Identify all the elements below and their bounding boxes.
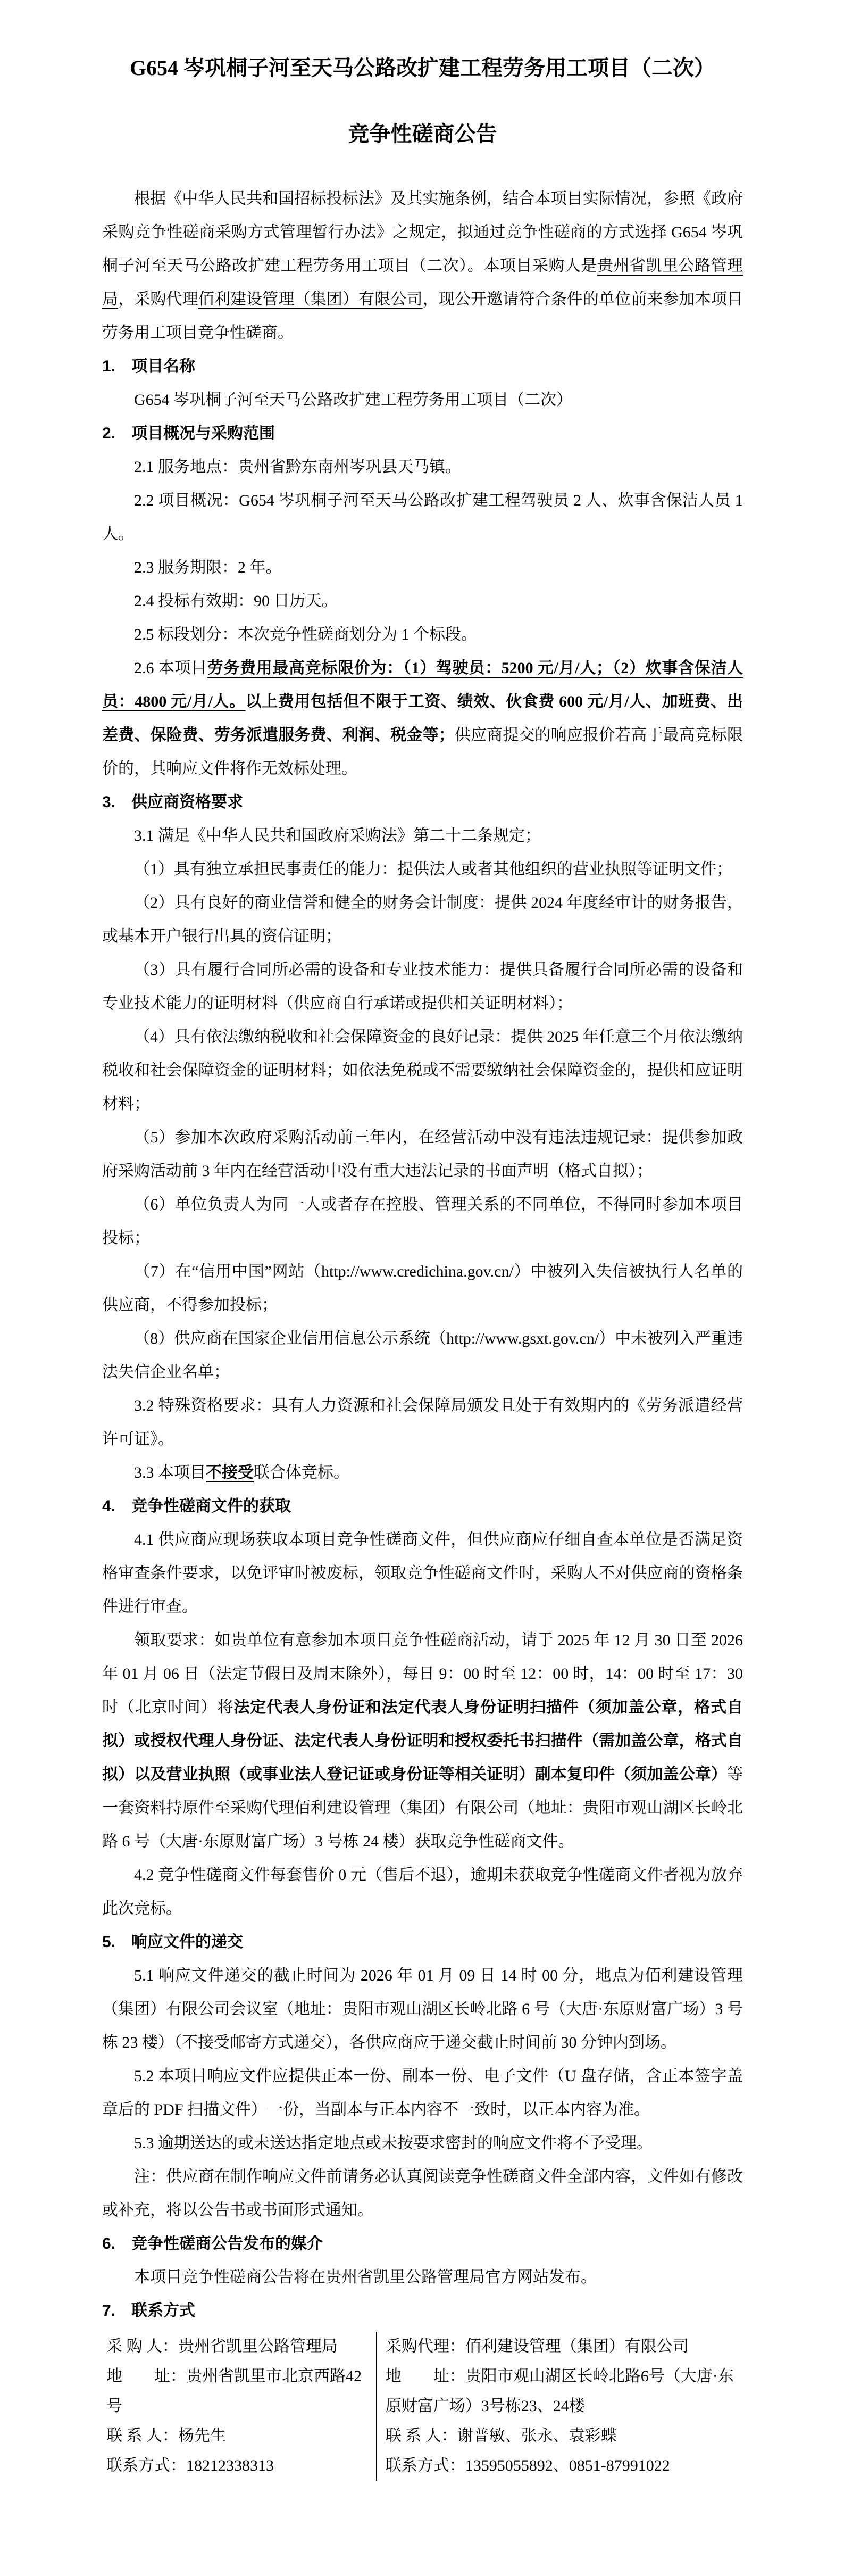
text-run: （6）单位负责人为同一人或者存在控股、管理关系的不同单位，不得同时参加本项目投标…: [102, 1196, 743, 1247]
section-heading: 1. 项目名称: [102, 350, 743, 383]
purchaser-name-cell: 采 购 人：贵州省凯里公路管理局: [102, 2332, 377, 2362]
paragraph: （4）具有依法缴纳税收和社会保障资金的良好记录：提供 2025 年任意三个月依法…: [102, 1020, 743, 1121]
text-run: 佰利建设管理（集团）有限公司: [198, 291, 423, 308]
purchaser-name-value: 贵州省凯里公路管理局: [178, 2338, 338, 2355]
text-run: 不接受: [206, 1464, 254, 1481]
text-run: 2.6 本项目: [134, 659, 207, 677]
text-run: 4.1 供应商应现场获取本项目竞争性磋商文件，但供应商应仔细自查本单位是否满足资…: [102, 1531, 743, 1616]
text-run: （8）供应商在国家企业信用信息公示系统（http://www.gsxt.gov.…: [102, 1330, 743, 1381]
text-run: 3.2 特殊资格要求：具有人力资源和社会保障局颁发且处于有效期内的《劳务派遣经营…: [102, 1397, 743, 1448]
text-run: 2.1 服务地点：贵州省黔东南州岑巩县天马镇。: [134, 458, 461, 476]
paragraph: 5.1 响应文件递交的截止时间为 2026 年 01 月 09 日 14 时 0…: [102, 1959, 743, 2059]
paragraph: 5.3 逾期送达的或未送达指定地点或未按要求密封的响应文件将不予受理。: [102, 2126, 743, 2160]
text-run: 3.3 本项目: [134, 1464, 206, 1481]
table-row: 联系方式：18212338313 联系方式：13595055892、0851-8…: [102, 2451, 743, 2481]
paragraph: 根据《中华人民共和国招标投标法》及其实施条例，结合本项目实际情况，参照《政府采购…: [102, 182, 743, 350]
text-run: 2.4 投标有效期：90 日历天。: [134, 592, 338, 610]
agent-address-label: 地 址：: [386, 2367, 465, 2385]
text-run: （1）具有独立承担民事责任的能力：提供法人或者其他组织的营业执照等证明文件；: [134, 860, 732, 878]
paragraph: 2.6 本项目劳务费用最高竞标限价为：（1）驾驶员：5200 元/月/人；（2）…: [102, 651, 743, 785]
text-run: （2）具有良好的商业信誉和健全的财务会计制度：提供 2024 年度经审计的财务报…: [102, 894, 743, 945]
table-row: 采 购 人：贵州省凯里公路管理局 采购代理：佰利建设管理（集团）有限公司: [102, 2332, 743, 2362]
table-row: 联 系 人：杨先生 联 系 人：谢普敏、张永、袁彩蝶: [102, 2421, 743, 2451]
text-run: ，采购代理: [118, 291, 198, 308]
paragraph: 5.2 本项目响应文件应提供正本一份、副本一份、电子文件（U 盘存储，含正本签字…: [102, 2059, 743, 2126]
purchaser-phone-cell: 联系方式：18212338313: [102, 2451, 377, 2481]
agent-phone-cell: 联系方式：13595055892、0851-87991022: [377, 2451, 743, 2481]
section-heading: 6. 竞争性磋商公告发布的媒介: [102, 2227, 743, 2260]
paragraph: （6）单位负责人为同一人或者存在控股、管理关系的不同单位，不得同时参加本项目投标…: [102, 1188, 743, 1255]
text-run: 5.1 响应文件递交的截止时间为 2026 年 01 月 09 日 14 时 0…: [102, 1967, 743, 2051]
text-run: 联合体竞标。: [254, 1464, 349, 1481]
text-run: 5. 响应文件的递交: [102, 1933, 243, 1951]
paragraph: G654 岑巩桐子河至天马公路改扩建工程劳务用工项目（二次）: [102, 383, 743, 417]
section-heading: 5. 响应文件的递交: [102, 1925, 743, 1959]
agent-phone-label: 联系方式：: [386, 2457, 465, 2474]
paragraph: （3）具有履行合同所必需的设备和专业技术能力：提供具备履行合同所必需的设备和专业…: [102, 953, 743, 1020]
paragraph: 3.3 本项目不接受联合体竞标。: [102, 1456, 743, 1489]
document-subtitle: 竞争性磋商公告: [102, 117, 743, 151]
purchaser-name-label: 采 购 人：: [106, 2338, 178, 2355]
agent-name-label: 采购代理：: [386, 2338, 465, 2355]
paragraph: 2.1 服务地点：贵州省黔东南州岑巩县天马镇。: [102, 450, 743, 484]
contact-table: 采 购 人：贵州省凯里公路管理局 采购代理：佰利建设管理（集团）有限公司 地 址…: [102, 2332, 743, 2481]
paragraph: （7）在“信用中国”网站（http://www.credichina.gov.c…: [102, 1255, 743, 1322]
paragraph: 3.2 特殊资格要求：具有人力资源和社会保障局颁发且处于有效期内的《劳务派遣经营…: [102, 1389, 743, 1456]
purchaser-contact-person-label: 联 系 人：: [106, 2427, 178, 2445]
document-body: 根据《中华人民共和国招标投标法》及其实施条例，结合本项目实际情况，参照《政府采购…: [102, 182, 743, 2327]
text-run: G654 岑巩桐子河至天马公路改扩建工程劳务用工项目（二次）: [134, 391, 572, 409]
paragraph: 2.3 服务期限：2 年。: [102, 551, 743, 584]
text-run: （4）具有依法缴纳税收和社会保障资金的良好记录：提供 2025 年任意三个月依法…: [102, 1028, 743, 1113]
text-run: 本项目竞争性磋商公告将在贵州省凯里公路管理局官方网站发布。: [134, 2268, 597, 2286]
text-run: 2.3 服务期限：2 年。: [134, 559, 282, 576]
paragraph: （1）具有独立承担民事责任的能力：提供法人或者其他组织的营业执照等证明文件；: [102, 852, 743, 886]
agent-contact-person-cell: 联 系 人：谢普敏、张永、袁彩蝶: [377, 2421, 743, 2451]
document-title: G654 岑巩桐子河至天马公路改扩建工程劳务用工项目（二次）: [102, 51, 743, 85]
purchaser-phone-label: 联系方式：: [106, 2457, 186, 2474]
text-run: （7）在“信用中国”网站（http://www.credichina.gov.c…: [102, 1263, 743, 1314]
text-run: 4.2 竞争性磋商文件每套售价 0 元（售后不退），逾期未获取竞争性磋商文件者视…: [102, 1866, 743, 1917]
text-run: 2. 项目概况与采购范围: [102, 425, 275, 442]
agent-contact-person-label: 联 系 人：: [386, 2427, 457, 2445]
text-run: 3. 供应商资格要求: [102, 793, 243, 811]
paragraph: 2.5 标段划分：本次竞争性磋商划分为 1 个标段。: [102, 618, 743, 651]
section-heading: 3. 供应商资格要求: [102, 785, 743, 819]
paragraph: （5）参加本次政府采购活动前三年内，在经营活动中没有违法违规记录：提供参加政府采…: [102, 1121, 743, 1188]
paragraph: 4.1 供应商应现场获取本项目竞争性磋商文件，但供应商应仔细自查本单位是否满足资…: [102, 1523, 743, 1624]
announcement-page: G654 岑巩桐子河至天马公路改扩建工程劳务用工项目（二次） 竞争性磋商公告 根…: [0, 0, 844, 2576]
purchaser-contact-person-value: 杨先生: [178, 2427, 226, 2445]
document-viewer: { "page": { "background_color": "#ffffff…: [0, 0, 844, 2576]
paragraph: 领取要求：如贵单位有意参加本项目竞争性磋商活动，请于 2025 年 12 月 3…: [102, 1624, 743, 1858]
text-run: 5.2 本项目响应文件应提供正本一份、副本一份、电子文件（U 盘存储，含正本签字…: [102, 2067, 743, 2118]
agent-name-cell: 采购代理：佰利建设管理（集团）有限公司: [377, 2332, 743, 2362]
agent-contact-person-value: 谢普敏、张永、袁彩蝶: [457, 2427, 617, 2445]
agent-name-value: 佰利建设管理（集团）有限公司: [465, 2338, 689, 2355]
contact-table-body: 采 购 人：贵州省凯里公路管理局 采购代理：佰利建设管理（集团）有限公司 地 址…: [102, 2332, 743, 2481]
text-run: 7. 联系方式: [102, 2302, 195, 2320]
text-run: 3.1 满足《中华人民共和国政府采购法》第二十二条规定；: [134, 827, 541, 844]
text-run: 2.2 项目概况：G654 岑巩桐子河至天马公路改扩建工程驾驶员 2 人、炊事含…: [102, 492, 747, 543]
text-run: （3）具有履行合同所必需的设备和专业技术能力：提供具备履行合同所必需的设备和专业…: [102, 961, 743, 1012]
purchaser-address-cell: 地 址：贵州省凯里市北京西路42号: [102, 2362, 377, 2421]
purchaser-address-label: 地 址：: [106, 2367, 186, 2385]
section-heading: 2. 项目概况与采购范围: [102, 417, 743, 450]
table-row: 地 址：贵州省凯里市北京西路42号 地 址：贵阳市观山湖区长岭北路6号（大唐·东…: [102, 2362, 743, 2421]
paragraph: 本项目竞争性磋商公告将在贵州省凯里公路管理局官方网站发布。: [102, 2260, 743, 2294]
text-run: 4. 竞争性磋商文件的获取: [102, 1497, 291, 1515]
text-run: 5.3 逾期送达的或未送达指定地点或未按要求密封的响应文件将不予受理。: [134, 2134, 653, 2152]
section-heading: 4. 竞争性磋商文件的获取: [102, 1489, 743, 1523]
agent-phone-value: 13595055892、0851-87991022: [465, 2457, 670, 2474]
text-run: 6. 竞争性磋商公告发布的媒介: [102, 2235, 323, 2252]
text-run: 注：供应商在制作响应文件前请务必认真阅读竞争性磋商文件全部内容，文件如有修改或补…: [102, 2168, 743, 2219]
agent-address-cell: 地 址：贵阳市观山湖区长岭北路6号（大唐·东原财富广场）3号栋23、24楼: [377, 2362, 743, 2421]
paragraph: （8）供应商在国家企业信用信息公示系统（http://www.gsxt.gov.…: [102, 1322, 743, 1389]
section-heading: 7. 联系方式: [102, 2294, 743, 2327]
paragraph: 2.2 项目概况：G654 岑巩桐子河至天马公路改扩建工程驾驶员 2 人、炊事含…: [102, 484, 743, 551]
text-run: 2.5 标段划分：本次竞争性磋商划分为 1 个标段。: [134, 626, 477, 643]
paragraph: 注：供应商在制作响应文件前请务必认真阅读竞争性磋商文件全部内容，文件如有修改或补…: [102, 2160, 743, 2227]
paragraph: 2.4 投标有效期：90 日历天。: [102, 584, 743, 618]
paragraph: 4.2 竞争性磋商文件每套售价 0 元（售后不退），逾期未获取竞争性磋商文件者视…: [102, 1858, 743, 1925]
purchaser-phone-value: 18212338313: [186, 2457, 274, 2474]
text-run: 1. 项目名称: [102, 358, 195, 375]
purchaser-contact-person-cell: 联 系 人：杨先生: [102, 2421, 377, 2451]
paragraph: 3.1 满足《中华人民共和国政府采购法》第二十二条规定；: [102, 819, 743, 852]
paragraph: （2）具有良好的商业信誉和健全的财务会计制度：提供 2024 年度经审计的财务报…: [102, 886, 743, 953]
text-run: （5）参加本次政府采购活动前三年内，在经营活动中没有违法违规记录：提供参加政府采…: [102, 1129, 743, 1180]
